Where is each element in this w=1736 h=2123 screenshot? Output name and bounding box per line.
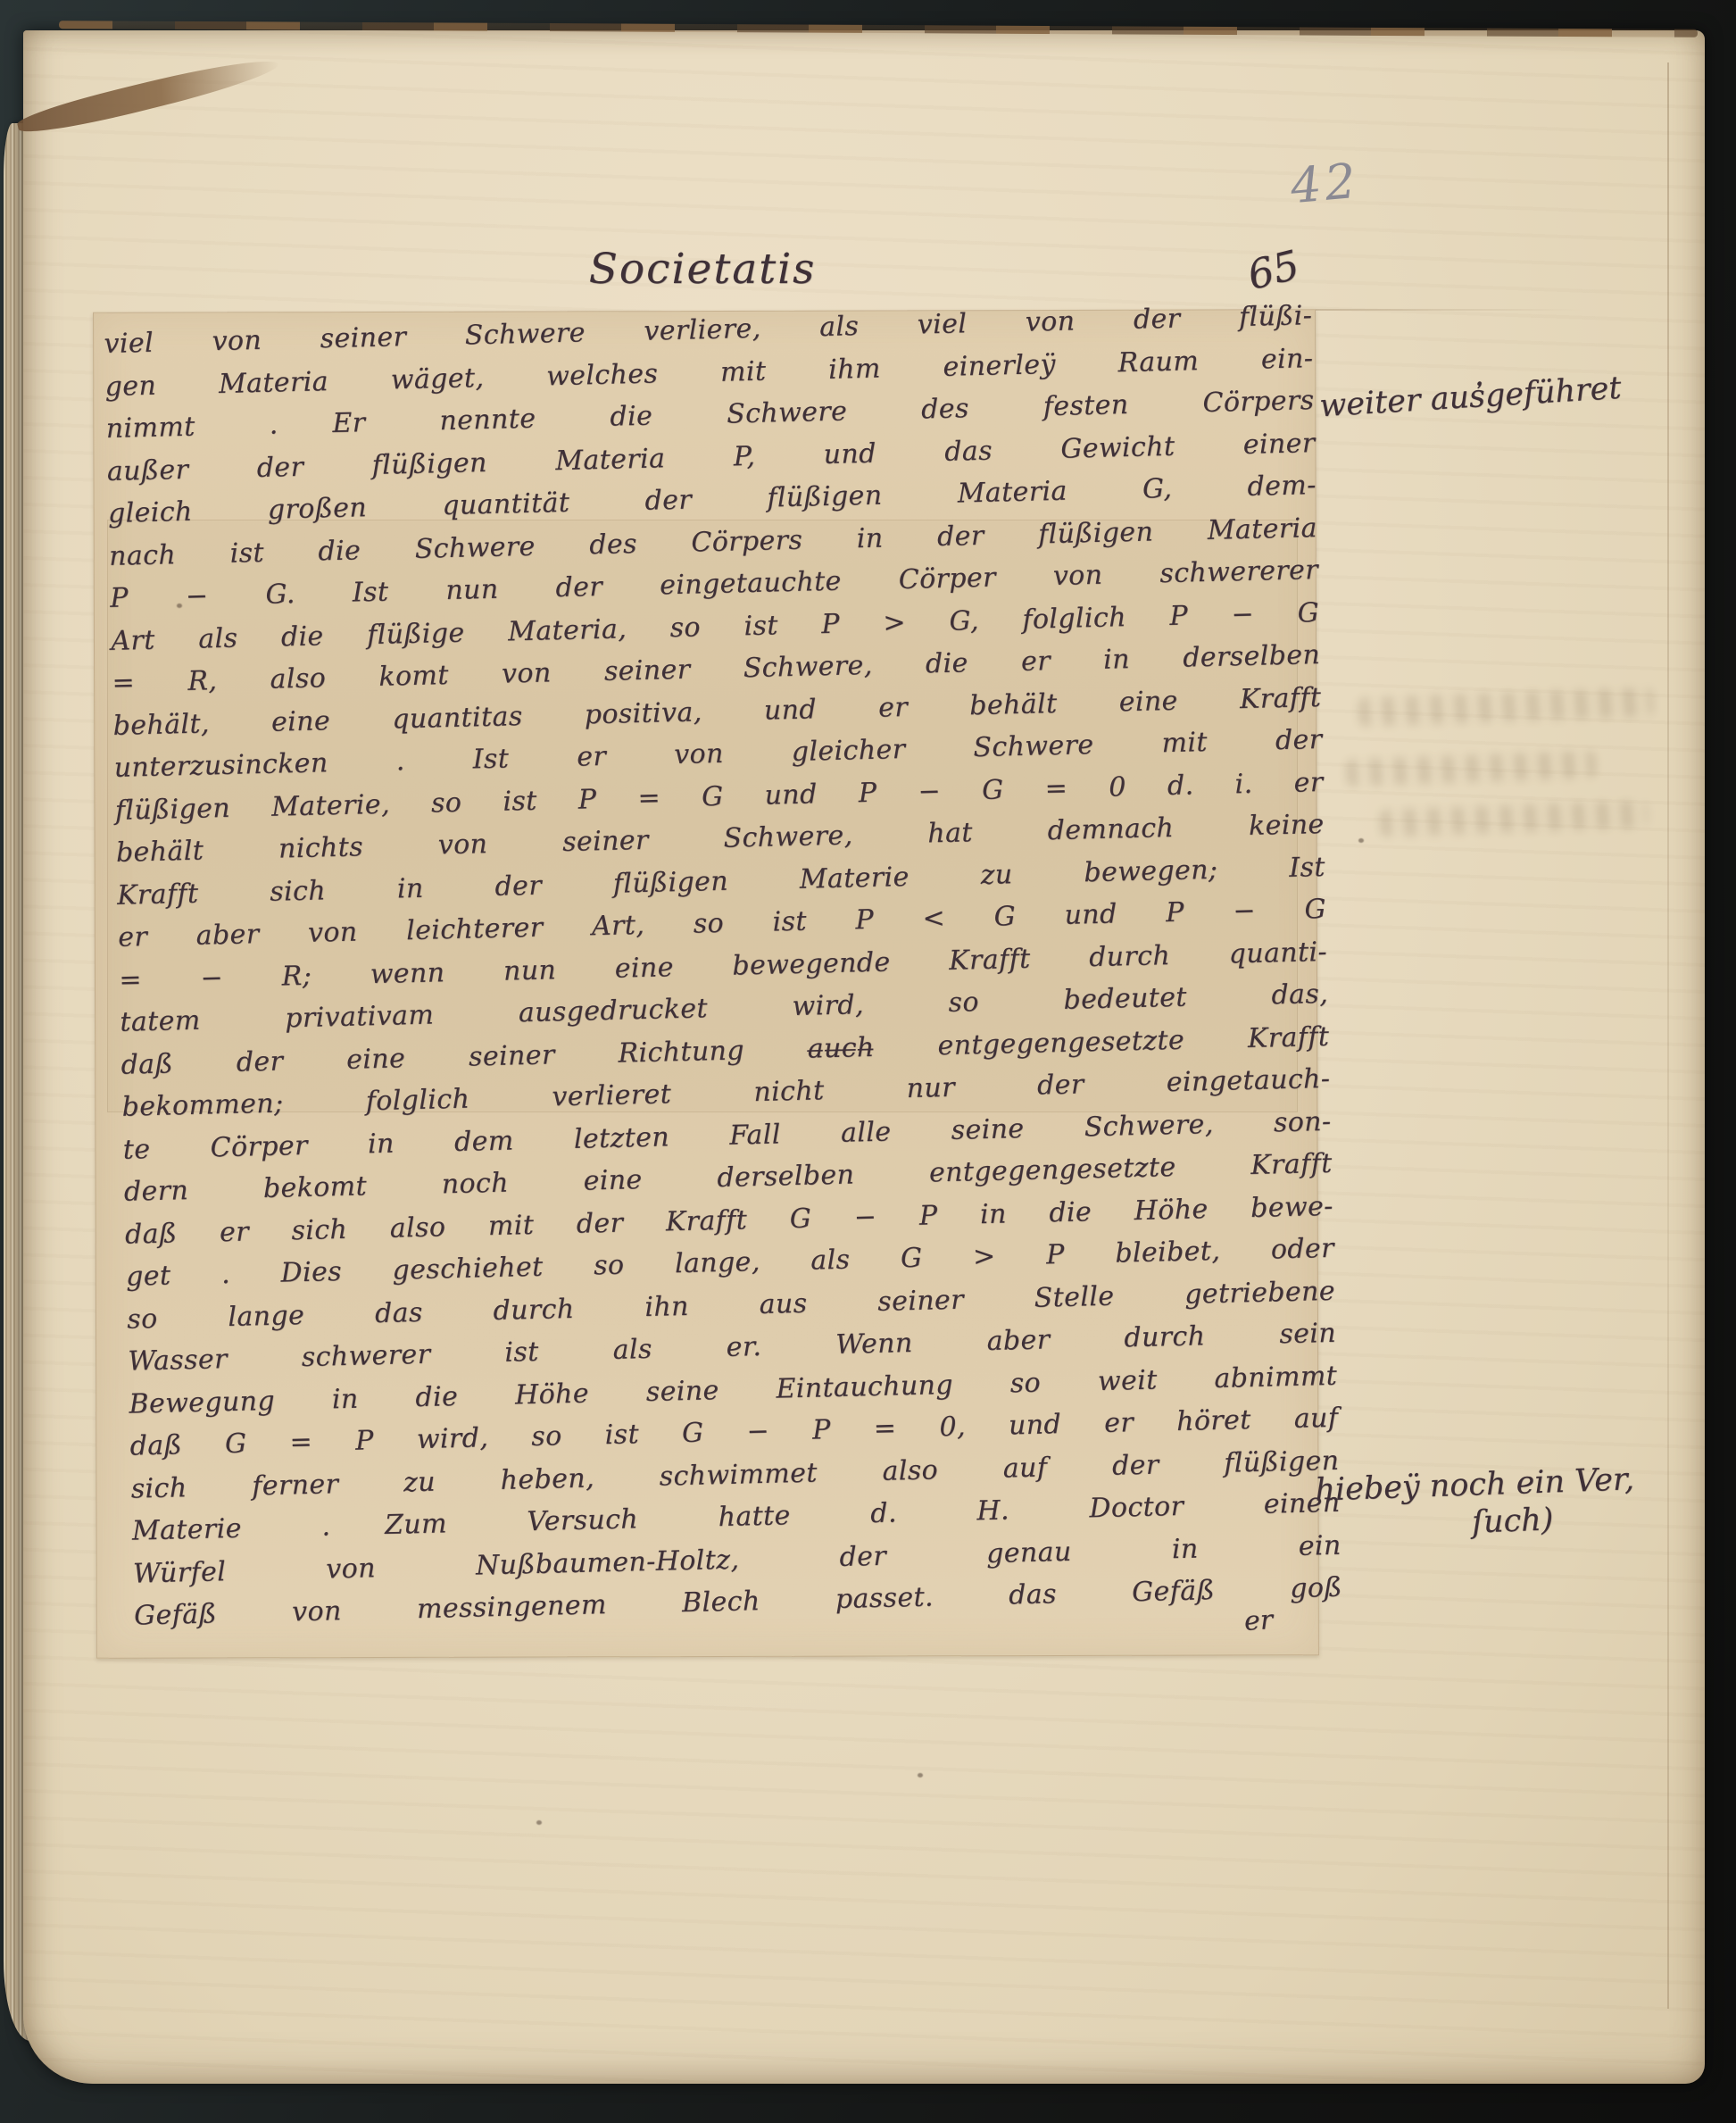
manuscript-page: 42 Societatis 65 viel von seiner Schwere… <box>23 30 1705 2084</box>
paper-speck <box>1358 838 1364 843</box>
catchword: er <box>1243 1604 1274 1637</box>
paper-speck <box>918 1773 923 1777</box>
folio-number-pencil: 42 <box>1288 153 1361 214</box>
manuscript-text: viel von seiner Schwere verliere, als vi… <box>104 295 1342 1637</box>
page-title: Societatis <box>519 245 885 294</box>
paper-speck <box>536 1820 542 1825</box>
paper-crease <box>1316 309 1583 311</box>
margin-note-bottom: hiebeÿ noch ein Ver, ſuch) <box>1315 1459 1710 1545</box>
paper-speck <box>177 604 182 608</box>
page-right-crease <box>1667 62 1669 2009</box>
